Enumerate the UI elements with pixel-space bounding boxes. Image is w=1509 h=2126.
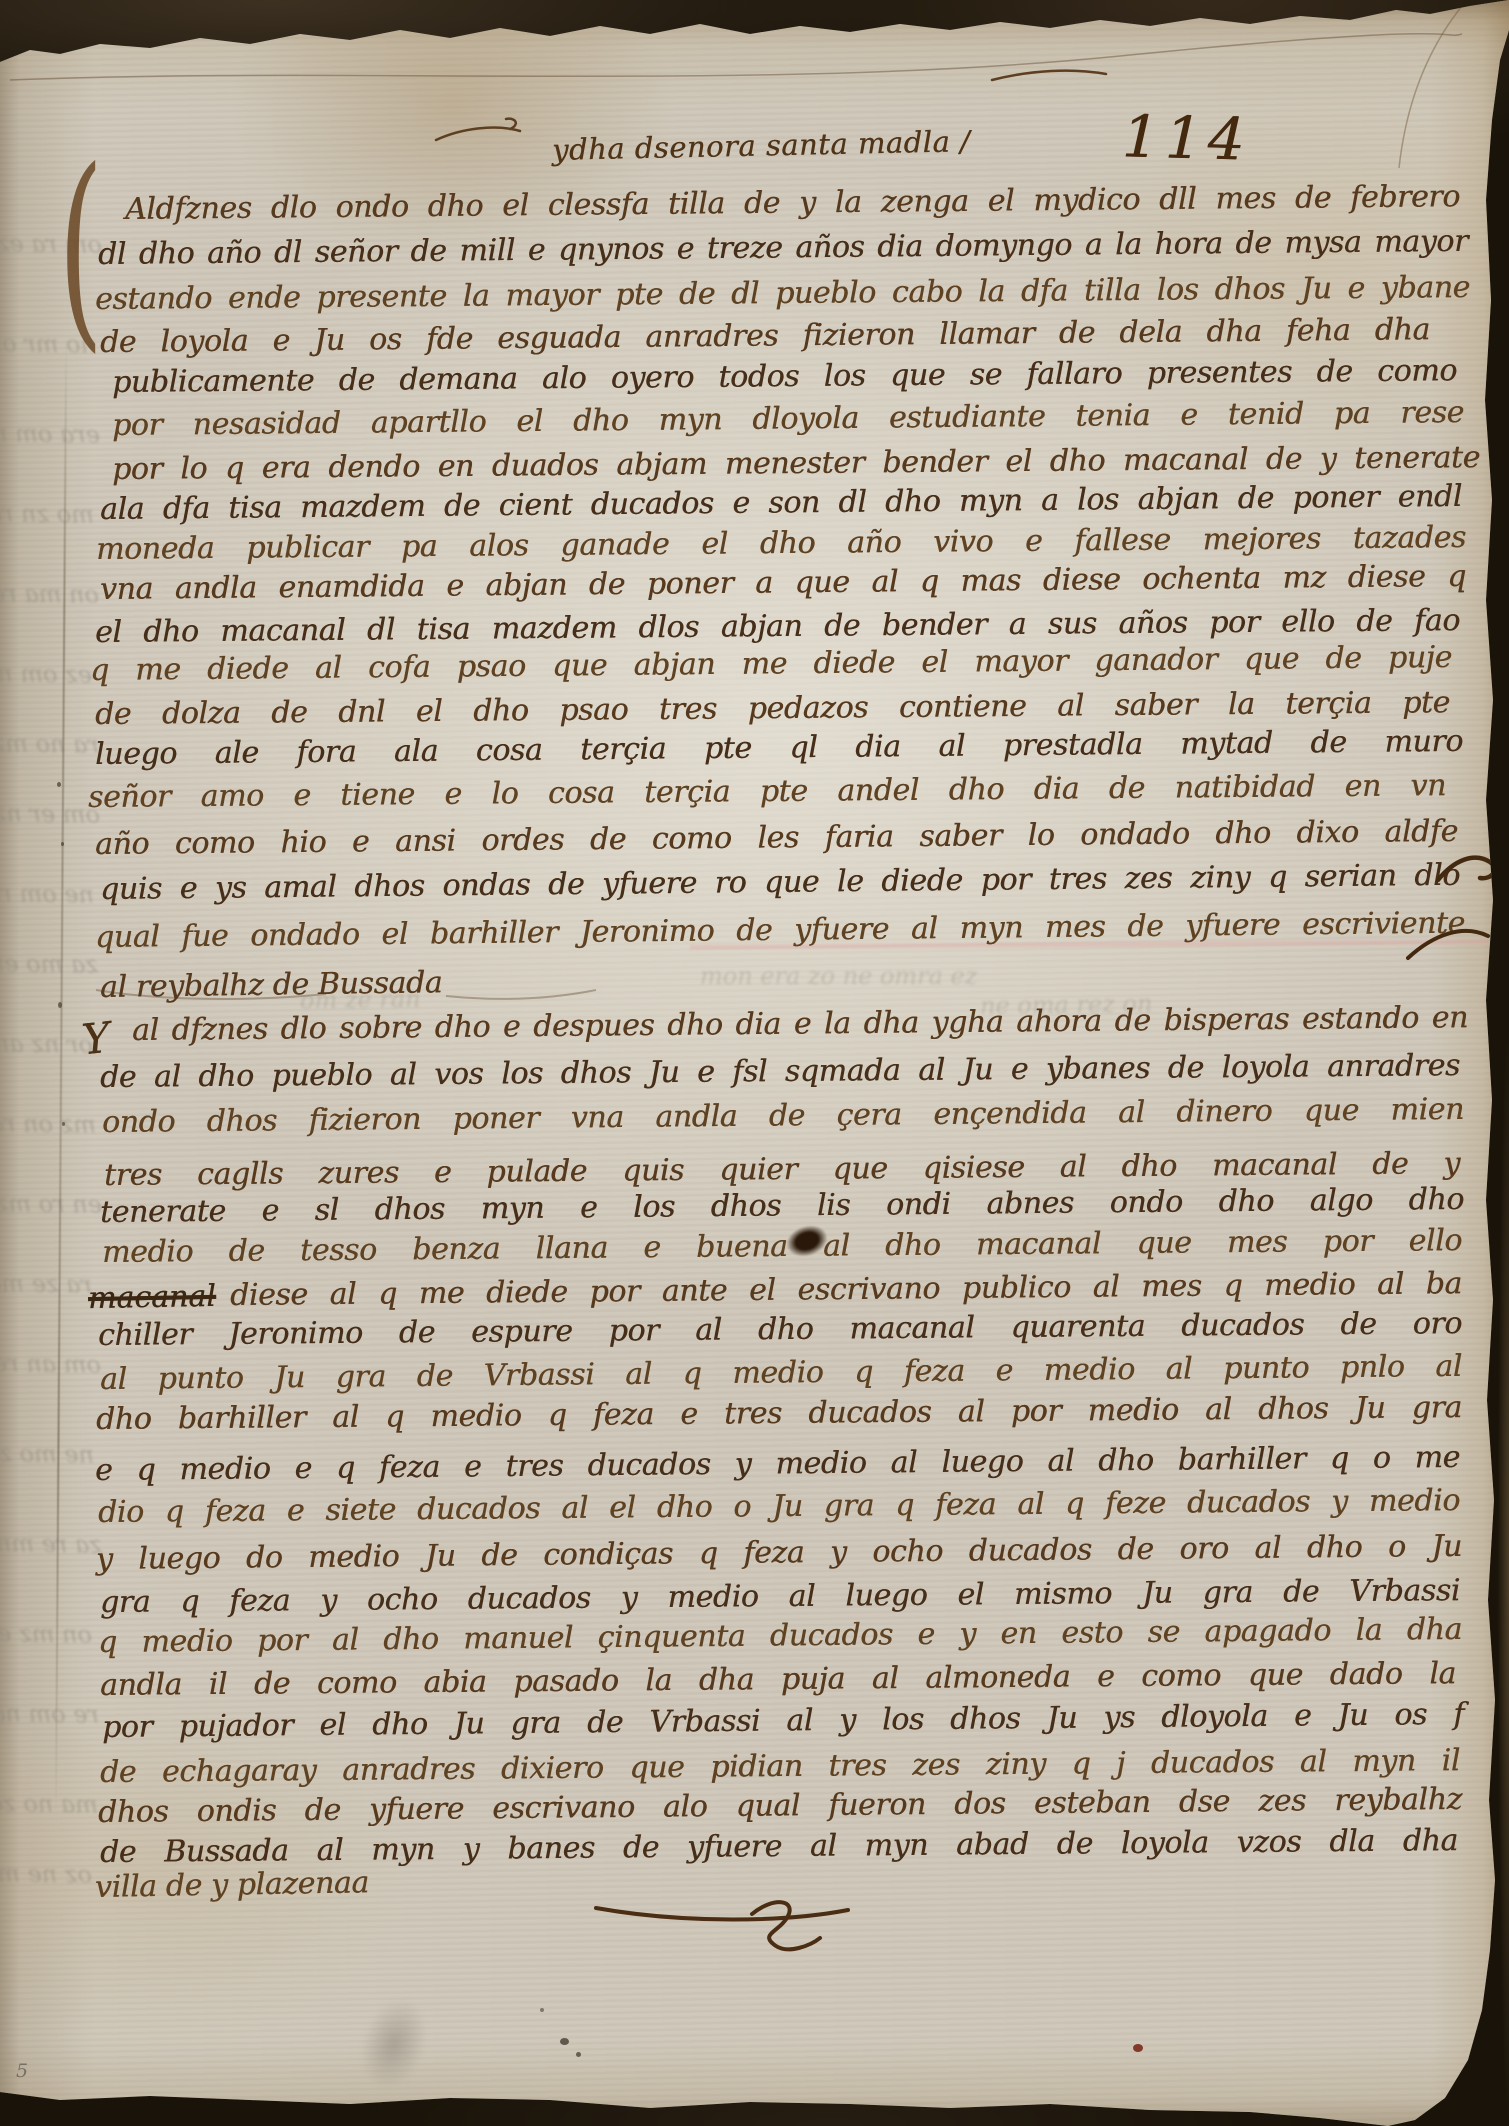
paragraph-bracket: ( xyxy=(58,142,103,354)
bleedthrough-text: ma no zer xyxy=(2,1789,98,1818)
gutter-crease xyxy=(55,340,67,1820)
manuscript-line: señor amo e tiene e lo cosa terçia pte a… xyxy=(88,768,1446,816)
bleedthrough-text: ra ze mon xyxy=(2,1269,92,1298)
manuscript-line: ondo dhos fizieron poner vna andla de çe… xyxy=(102,1092,1464,1141)
manuscript-scan: om ra ezano mr omera om nomo zn raon ma … xyxy=(0,0,1509,2126)
crease-speck xyxy=(57,782,61,787)
manuscript-line: Aldfznes dlo ondo dho el clessfa tilla d… xyxy=(125,179,1460,228)
red-speck xyxy=(1133,2044,1143,2052)
header-invocation: ydha dsenora santa madla / xyxy=(552,123,1023,167)
paragraph-initial-y: Y xyxy=(80,1013,113,1065)
ink-speck xyxy=(576,2052,581,2057)
bleedthrough-text: ez om nra xyxy=(2,659,92,688)
manuscript-line: q medio por al dho manuel çinquenta duca… xyxy=(98,1612,1462,1661)
bleedthrough-text: re om naz xyxy=(5,1699,99,1728)
ink-speck xyxy=(560,2038,569,2045)
bleedthrough-text: or nz ame xyxy=(5,1029,93,1058)
manuscript-line: qual fue ondado el barhiller Jeronimo de… xyxy=(95,906,1465,956)
crease-speck xyxy=(58,1002,62,1008)
bleedthrough-text: om er nza xyxy=(2,799,100,828)
bleedthrough-text: mz on rae xyxy=(2,1109,96,1138)
torn-edge-hairline xyxy=(10,34,1462,80)
corner-crease xyxy=(1399,6,1462,168)
bleedthrough-text: ra no mze xyxy=(5,729,99,758)
bleedthrough-text: ne mo zar xyxy=(2,1439,94,1468)
manuscript-line: vna andla enamdida e abjan de poner a qu… xyxy=(100,559,1466,608)
manuscript-line: al dfznes dlo sobre dho e despues dho di… xyxy=(132,1000,1468,1049)
bleedthrough-text: om an rez xyxy=(5,1349,101,1378)
manuscript-line: dl dho año dl señor de mill e qnynos e t… xyxy=(98,224,1468,273)
manuscript-line: medio de tesso benza llana e buena al dh… xyxy=(102,1223,1462,1271)
struck-out-word: macanal xyxy=(88,1279,216,1316)
bleedthrough-text: on ma rez xyxy=(3,579,99,608)
bleedthrough-text: era om no xyxy=(2,419,100,448)
manuscript-line: estando ende presente la mayor pte de dl… xyxy=(95,270,1470,318)
crease-speck xyxy=(62,1122,65,1126)
bleedthrough-text: en ro mza xyxy=(4,1189,102,1218)
gray-smudge-stain xyxy=(335,1972,453,2116)
manuscript-page: om ra ezano mr omera om nomo zn raon ma … xyxy=(0,0,1509,2126)
manuscript-line: dho barhiller al q medio q feza e tres d… xyxy=(96,1390,1462,1438)
manuscript-line: dhos ondis de yfuere escrivano alo qual … xyxy=(98,1782,1462,1831)
manuscript-line: luego ale fora ala cosa terçia pte ql di… xyxy=(95,724,1463,773)
bleedthrough-text: mo zn ra xyxy=(6,499,94,528)
manuscript-line: por pujador el dho Ju gra de Vrbassi al … xyxy=(102,1697,1464,1746)
corner-numeral: 5 xyxy=(16,2060,28,2082)
manuscript-line: al reybalhz de Bussada xyxy=(100,963,620,1006)
folio-number: 114 xyxy=(1121,102,1251,173)
bleedthrough-text: za re mno xyxy=(4,1529,102,1558)
bleedthrough-text: oz ne mra xyxy=(4,1859,92,1888)
ink-speck xyxy=(540,2008,544,2012)
manuscript-line: al punto Ju gra de Vrbassi al q medio q … xyxy=(100,1349,1462,1398)
manuscript-line: dio q feza e siete ducados al el dho o J… xyxy=(98,1483,1460,1531)
bleedthrough-text: mon era zo ne omra ez xyxy=(700,962,1000,990)
header-flourish xyxy=(436,119,520,140)
manuscript-line: de Bussada al myn y banes de yfuere al m… xyxy=(100,1823,1458,1871)
closing-rubric xyxy=(752,1902,820,1949)
manuscript-line: publicamente de demana alo oyero todos l… xyxy=(112,353,1457,401)
manuscript-line: año como hio e ansi ordes de como les fa… xyxy=(95,814,1458,863)
crease-speck xyxy=(61,842,64,846)
manuscript-line: quis e ys amal dhos ondas de yfuere ro q… xyxy=(100,858,1460,908)
manuscript-line: e q medio e q feza e tres ducados y medi… xyxy=(95,1440,1460,1489)
bleedthrough-text: za mo ern xyxy=(2,949,98,978)
folio-flourish xyxy=(992,71,1106,80)
bleedthrough-text: on mz era xyxy=(2,1619,92,1648)
manuscript-line: y luego do medio Ju de condiças q feza y… xyxy=(96,1529,1462,1578)
manuscript-line: de loyola e Ju os fde esguada anradres f… xyxy=(100,312,1430,361)
manuscript-line: por nesasidad apartllo el dho myn dloyol… xyxy=(112,395,1464,444)
manuscript-line: de al dho pueblo al vos los dhos Ju e fs… xyxy=(100,1048,1460,1096)
closing-underline xyxy=(596,1908,848,1920)
bleedthrough-text: ne om raz xyxy=(4,879,94,908)
manuscript-line: andla il de como abia pasado la dha puja… xyxy=(100,1656,1456,1704)
